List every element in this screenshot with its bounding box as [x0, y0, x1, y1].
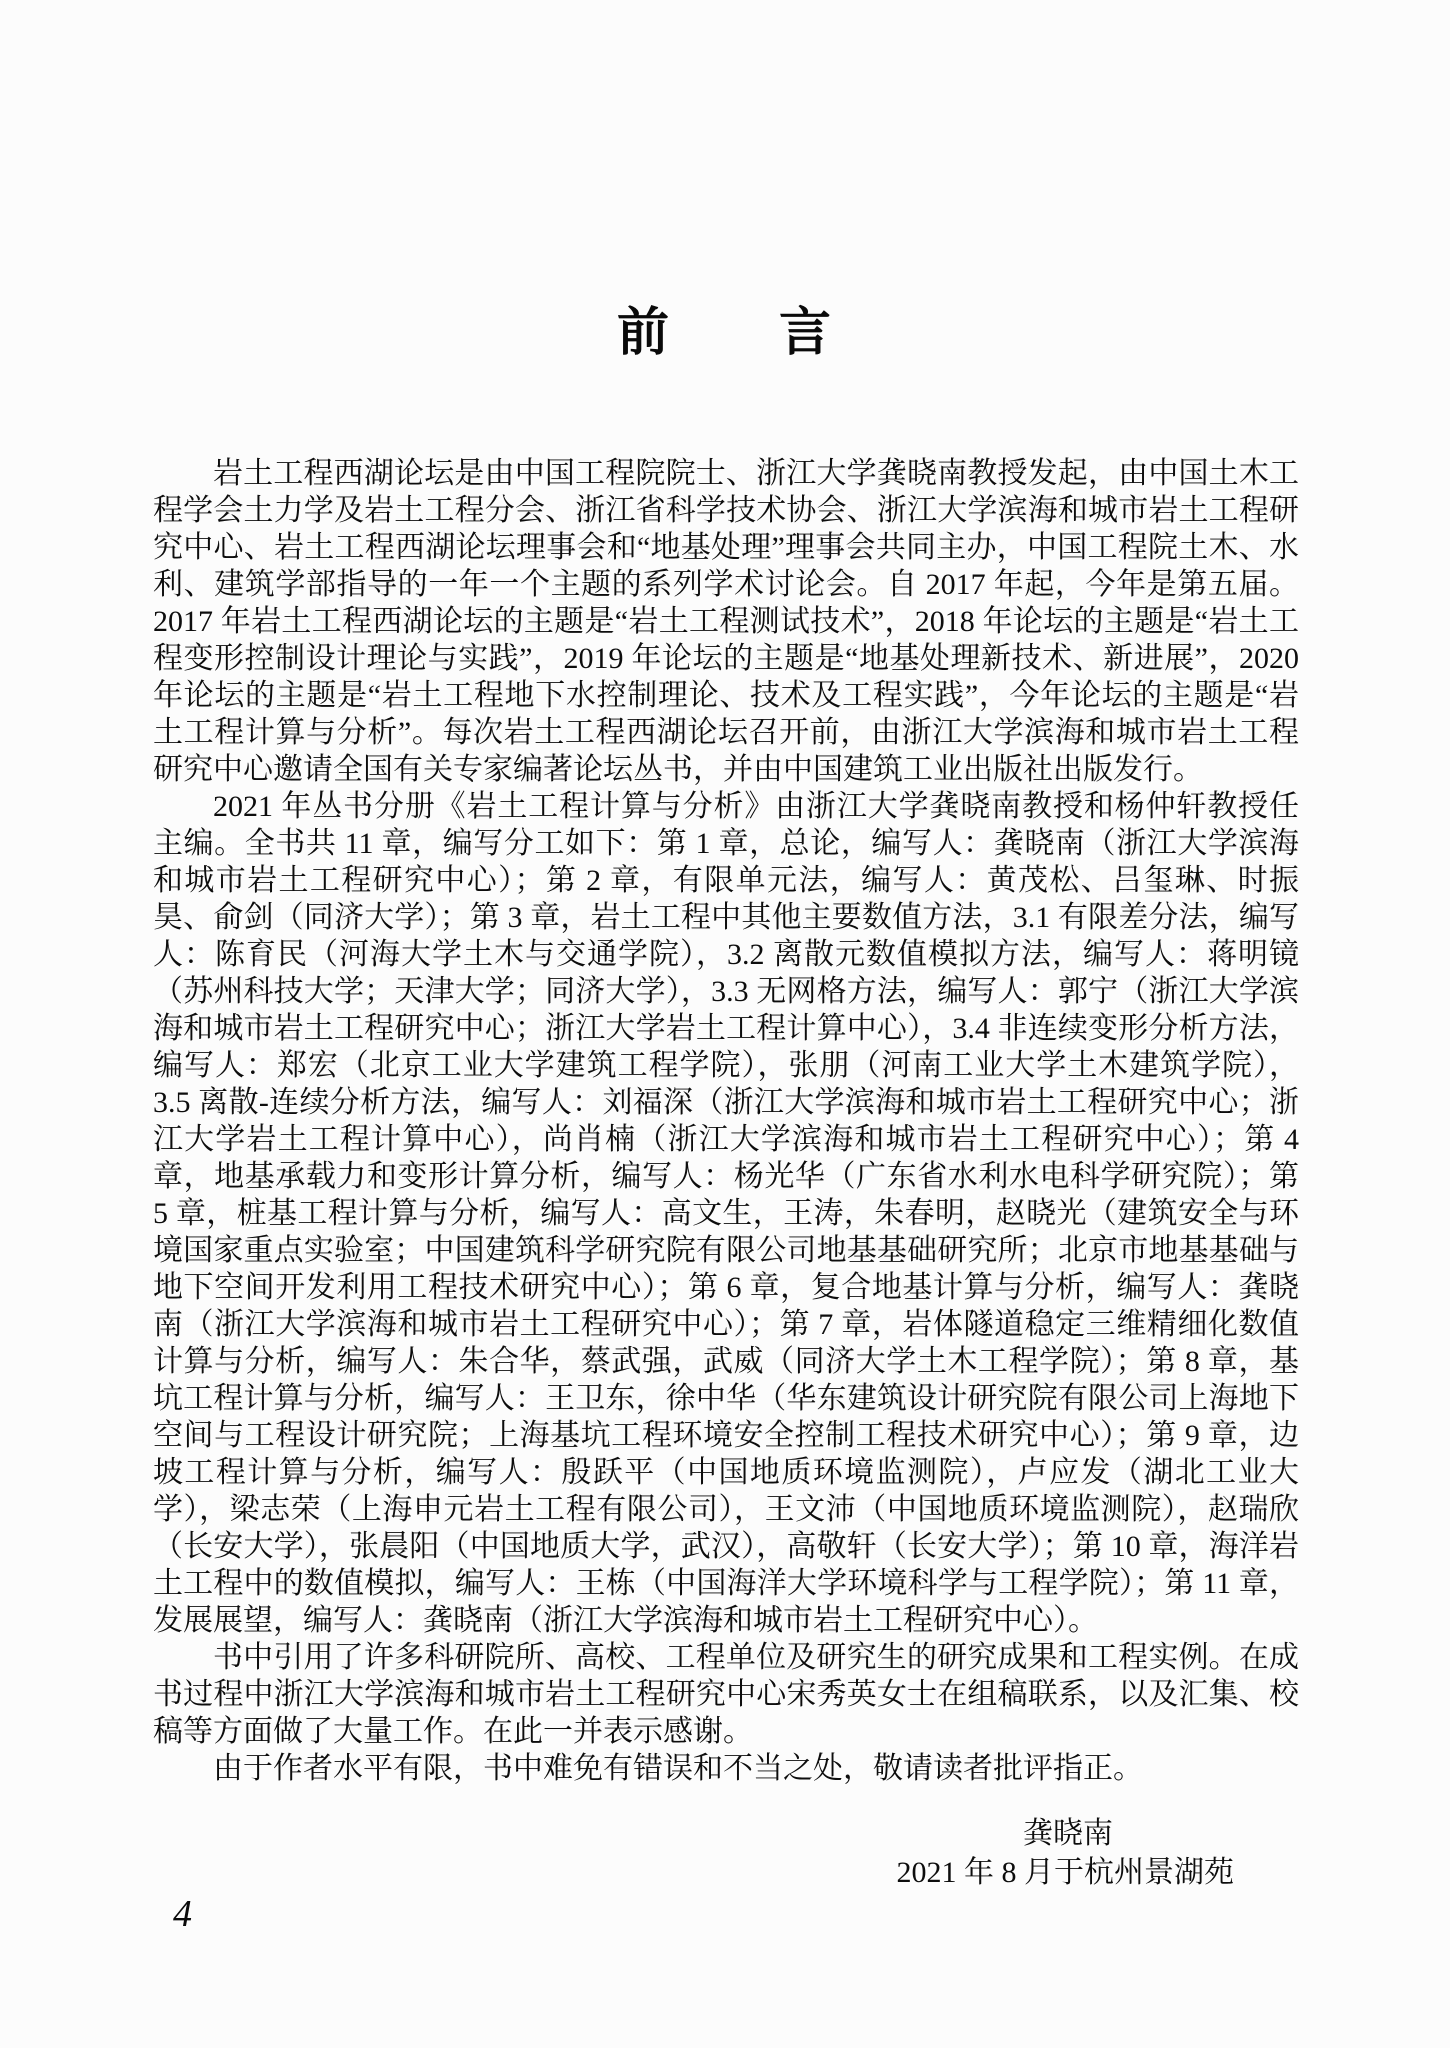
preface-page: 前 言 岩土工程西湖论坛是由中国工程院院士、浙江大学龚晓南教授发起，由中国土木工…: [0, 0, 1450, 2048]
paragraph-acknowledgement: 书中引用了许多科研院所、高校、工程单位及研究生的研究成果和工程实例。在成书过程中…: [153, 1639, 1299, 1750]
signature-date-place: 2021 年 8 月于杭州景湖苑: [897, 1853, 1235, 1892]
signature-author-name: 龚晓南: [897, 1814, 1235, 1853]
page-number: 4: [173, 1894, 192, 1934]
paragraph-apology: 由于作者水平有限，书中难免有错误和不当之处，敬请读者批评指正。: [153, 1750, 1299, 1787]
page-title: 前 言: [0, 306, 1450, 362]
paragraph-book-chapters: 2021 年丛书分册《岩土工程计算与分析》由浙江大学龚晓南教授和杨仲轩教授任主编…: [153, 788, 1299, 1639]
preface-body: 岩土工程西湖论坛是由中国工程院院士、浙江大学龚晓南教授发起，由中国土木工程学会土…: [153, 455, 1299, 1787]
paragraph-forum-intro: 岩土工程西湖论坛是由中国工程院院士、浙江大学龚晓南教授发起，由中国土木工程学会土…: [153, 455, 1299, 788]
signature-block: 龚晓南 2021 年 8 月于杭州景湖苑: [897, 1814, 1235, 1892]
